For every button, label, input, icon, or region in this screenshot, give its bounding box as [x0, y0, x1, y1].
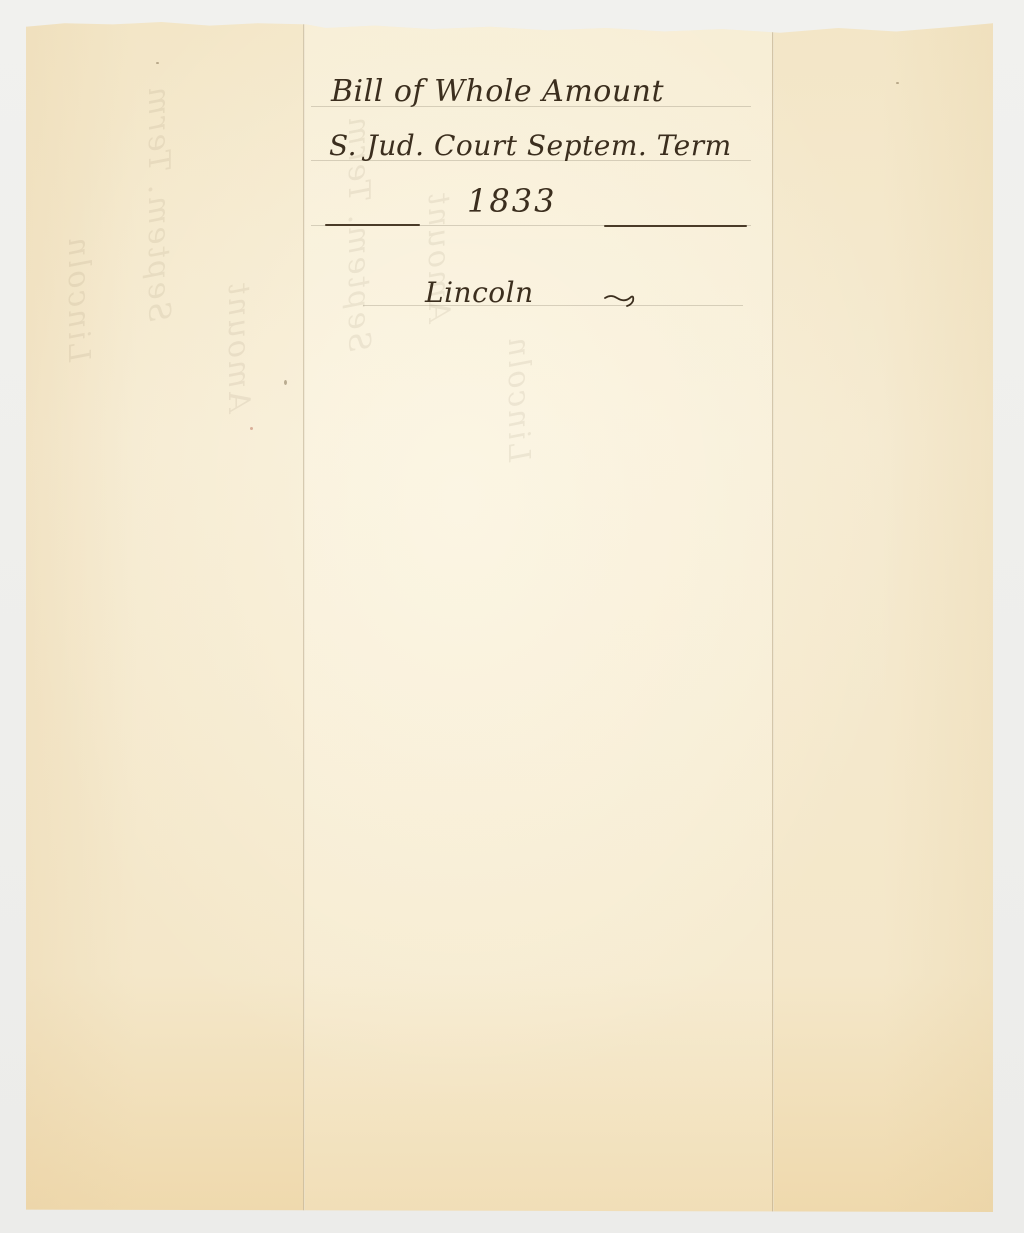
endorsement-title: Bill of Whole Amount — [331, 74, 664, 109]
year-rule-left — [325, 224, 420, 226]
pen-flourish-icon — [603, 292, 637, 308]
document-paper: Lincoln Septem. Term Amount Septem. Term… — [26, 22, 993, 1212]
ruled-line — [363, 305, 743, 306]
right-fold-panel — [772, 22, 993, 1212]
ink-speck — [896, 82, 899, 84]
endorsement-court-term: S. Jud. Court Septem. Term — [329, 129, 732, 162]
year-rule-right — [604, 225, 747, 227]
endorsement-block: Bill of Whole Amount S. Jud. Court Septe… — [303, 22, 772, 342]
left-fold-panel — [26, 22, 303, 1212]
endorsement-county: Lincoln — [425, 276, 534, 309]
fold-crease-right — [772, 22, 774, 1212]
foxing-spot — [250, 427, 253, 430]
ink-speck — [156, 62, 159, 64]
endorsement-year: 1833 — [467, 182, 556, 220]
ink-speck — [284, 380, 287, 385]
